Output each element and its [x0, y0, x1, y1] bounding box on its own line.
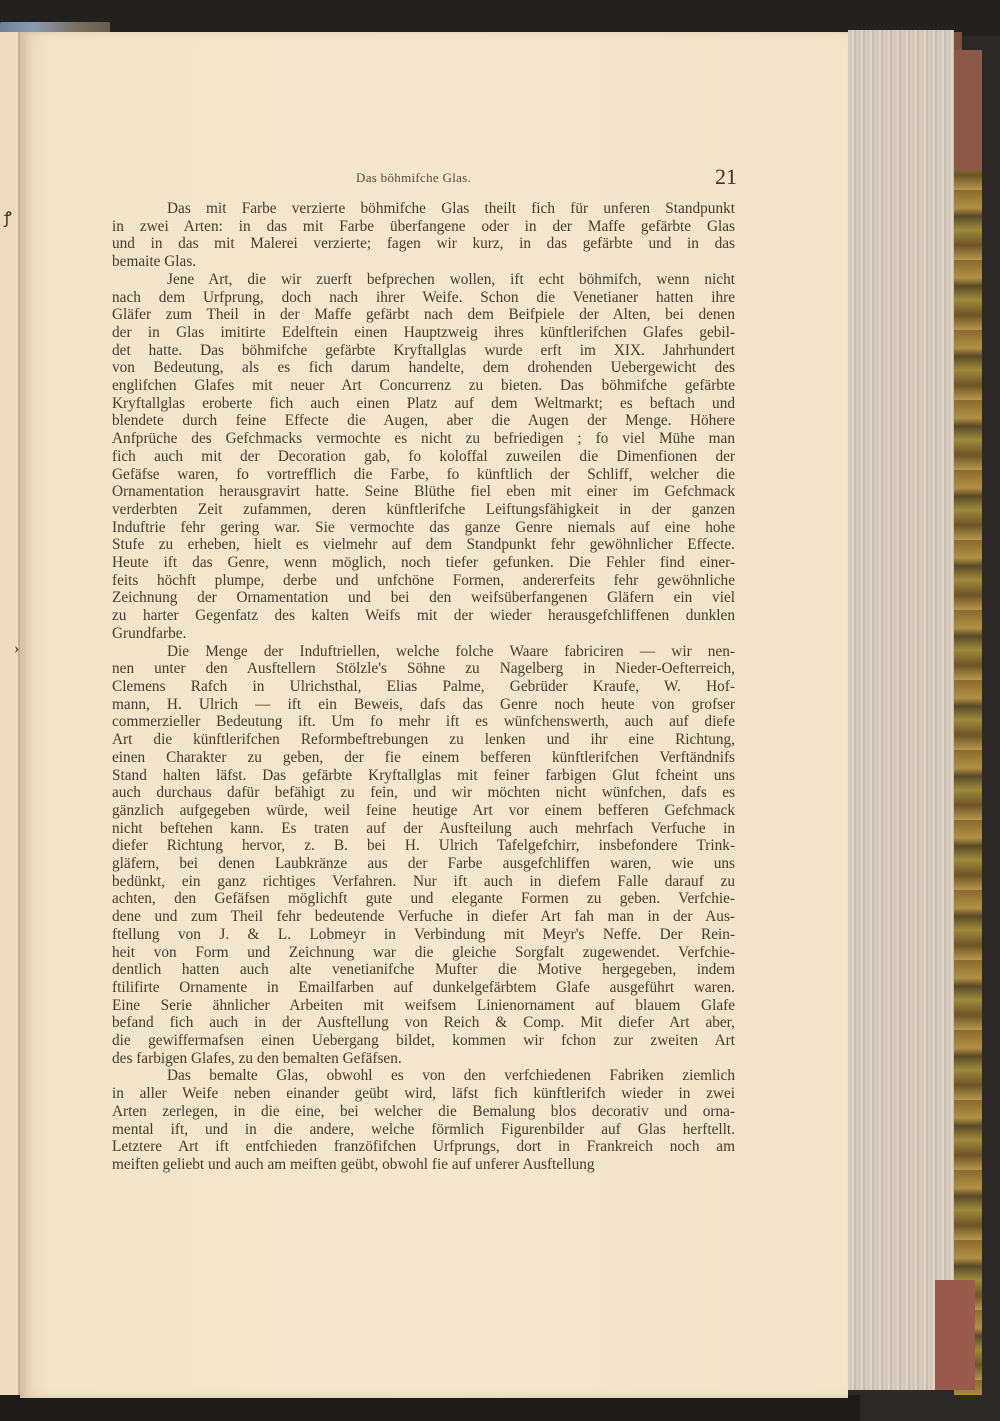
text-line: Kryftallglas eroberte fich auch einen Pl… [112, 395, 735, 413]
text-line: Zeichnung der Ornamentation und bei den … [112, 589, 735, 607]
text-line: nen unter den Ausftellern Stölzle's Söhn… [112, 660, 735, 678]
text-line: Stufe zu erheben, hielt es vielmehr auf … [112, 536, 735, 554]
paragraph: Das mit Farbe verzierte böhmifche Glas t… [112, 200, 735, 271]
text-line: von Bedeutung, als es fich darum handelt… [112, 359, 735, 377]
text-line: die gewiffermafsen einen Uebergang bilde… [112, 1032, 735, 1050]
text-line: Letztere Art ift entfchieden franzöfifch… [112, 1138, 735, 1156]
text-line: diefer Richtung hervor, z. B. bei H. Ulr… [112, 837, 735, 855]
text-line: englifchen Glafes mit neuer Art Concurre… [112, 377, 735, 395]
page-block-edges [848, 30, 954, 1390]
text-line: dene und zum Theil fehr bedeutende Verfu… [112, 908, 735, 926]
text-line: gläfern, bei denen Laubkränze aus der Fa… [112, 855, 735, 873]
leather-corner-bottom [935, 1280, 975, 1390]
text-line: Ornamentation herausgravirt hatte. Seine… [112, 483, 735, 501]
text-line: meiften geliebt und auch am meiften geüb… [112, 1156, 735, 1174]
text-line: dentlich hatten auch alte venetianifche … [112, 961, 735, 979]
text-line: bemaite Glas. [112, 253, 735, 271]
text-line: Heute ift das Genre, wenn möglich, noch … [112, 554, 735, 572]
text-line: zu harter Gegenfatz des kalten Weifs mit… [112, 607, 735, 625]
page-header: Das böhmifche Glas. 21 [112, 160, 735, 200]
text-line: einen Charakter zu geben, der fie einem … [112, 749, 735, 767]
text-line: Arten zerlegen, in die eine, bei welcher… [112, 1103, 735, 1121]
text-line: nach dem Urfprung, doch nach ihrer Weife… [112, 289, 735, 307]
text-line: befand fich auch in der Ausftellung von … [112, 1014, 735, 1032]
text-line: Die Menge der Induftriellen, welche folc… [112, 643, 735, 661]
text-line: commerzieller Bedeutung ift. Um fo mehr … [112, 713, 735, 731]
text-line: Das bemalte Glas, obwohl es von den verf… [112, 1067, 735, 1085]
text-line: blendete durch feine Effecte die Augen, … [112, 412, 735, 430]
text-line: verderbten Zeit zufammen, deren künftler… [112, 501, 735, 519]
page-number: 21 [715, 164, 737, 190]
text-line: ftellung von J. & L. Lobmeyr in Verbindu… [112, 926, 735, 944]
leather-corner-top [954, 50, 982, 170]
text-line: und in das mit Malerei verzierte; fagen … [112, 235, 735, 253]
background-bottom [0, 1395, 860, 1421]
text-line: mann, H. Ulrich — ift ein Beweis, dafs d… [112, 696, 735, 714]
facing-page-edge [0, 32, 20, 1397]
text-line: Induftrie fehr gering war. Sie vermochte… [112, 519, 735, 537]
text-line: Stand halten läfst. Das gefärbte Kryftal… [112, 767, 735, 785]
text-line: fich auch mit der Decoration gab, fo kol… [112, 448, 735, 466]
text-line: in zwei Arten: in das mit Farbe überfang… [112, 218, 735, 236]
marbled-cover-edge [954, 50, 982, 1395]
text-line: Jene Art, die wir zuerft befprechen woll… [112, 271, 735, 289]
page-content: Das böhmifche Glas. 21 Das mit Farbe ver… [112, 160, 735, 1174]
text-line: auch durchaus dafür befähigt zu fein, un… [112, 784, 735, 802]
text-line: Gefäfse waren, fo vortrefflich die Farbe… [112, 466, 735, 484]
running-head: Das böhmifche Glas. [356, 170, 471, 186]
text-line: det hatte. Das böhmifche gefärbte Kryfta… [112, 342, 735, 360]
margin-mark: › [14, 640, 19, 658]
text-line: Clemens Rafch in Ulrichsthal, Elias Palm… [112, 678, 735, 696]
text-line: Gläfer zum Theil in der Maffe gefärbt na… [112, 306, 735, 324]
text-line: gänzlich aufgegeben würde, weil feine he… [112, 802, 735, 820]
text-line: Art die künftlerifchen Reformbeftrebunge… [112, 731, 735, 749]
text-line: Das mit Farbe verzierte böhmifche Glas t… [112, 200, 735, 218]
text-line: nicht beftehen kann. Es traten auf der A… [112, 820, 735, 838]
text-line: mental ift, und in die andere, welche fö… [112, 1121, 735, 1139]
paragraph: Das bemalte Glas, obwohl es von den verf… [112, 1067, 735, 1173]
text-line: der in Glas imitirte Edelftein einen Hau… [112, 324, 735, 342]
margin-mark: ꝭ [4, 206, 12, 228]
text-line: heit von Form und Zeichnung war die glei… [112, 944, 735, 962]
text-line: in aller Weife neben einander geübt wird… [112, 1085, 735, 1103]
text-line: bedünkt, ein ganz richtiges Verfahren. N… [112, 873, 735, 891]
text-line: ftilifirte Ornamente in Emailfarben auf … [112, 979, 735, 997]
text-line: Eine Serie ähnlicher Arbeiten mit weifse… [112, 997, 735, 1015]
text-line: feits höchft plumpe, derbe und unfchöne … [112, 572, 735, 590]
text-line: des farbigen Glafes, zu den bemalten Gef… [112, 1050, 735, 1068]
paragraph: Die Menge der Induftriellen, welche folc… [112, 643, 735, 1068]
text-line: Grundfarbe. [112, 625, 735, 643]
text-line: Anfprüche des Gefchmacks vermochte es ni… [112, 430, 735, 448]
paragraph: Jene Art, die wir zuerft befprechen woll… [112, 271, 735, 643]
text-line: achten, den Gefäfsen möglichft gute und … [112, 890, 735, 908]
body-text: Das mit Farbe verzierte böhmifche Glas t… [112, 200, 735, 1174]
